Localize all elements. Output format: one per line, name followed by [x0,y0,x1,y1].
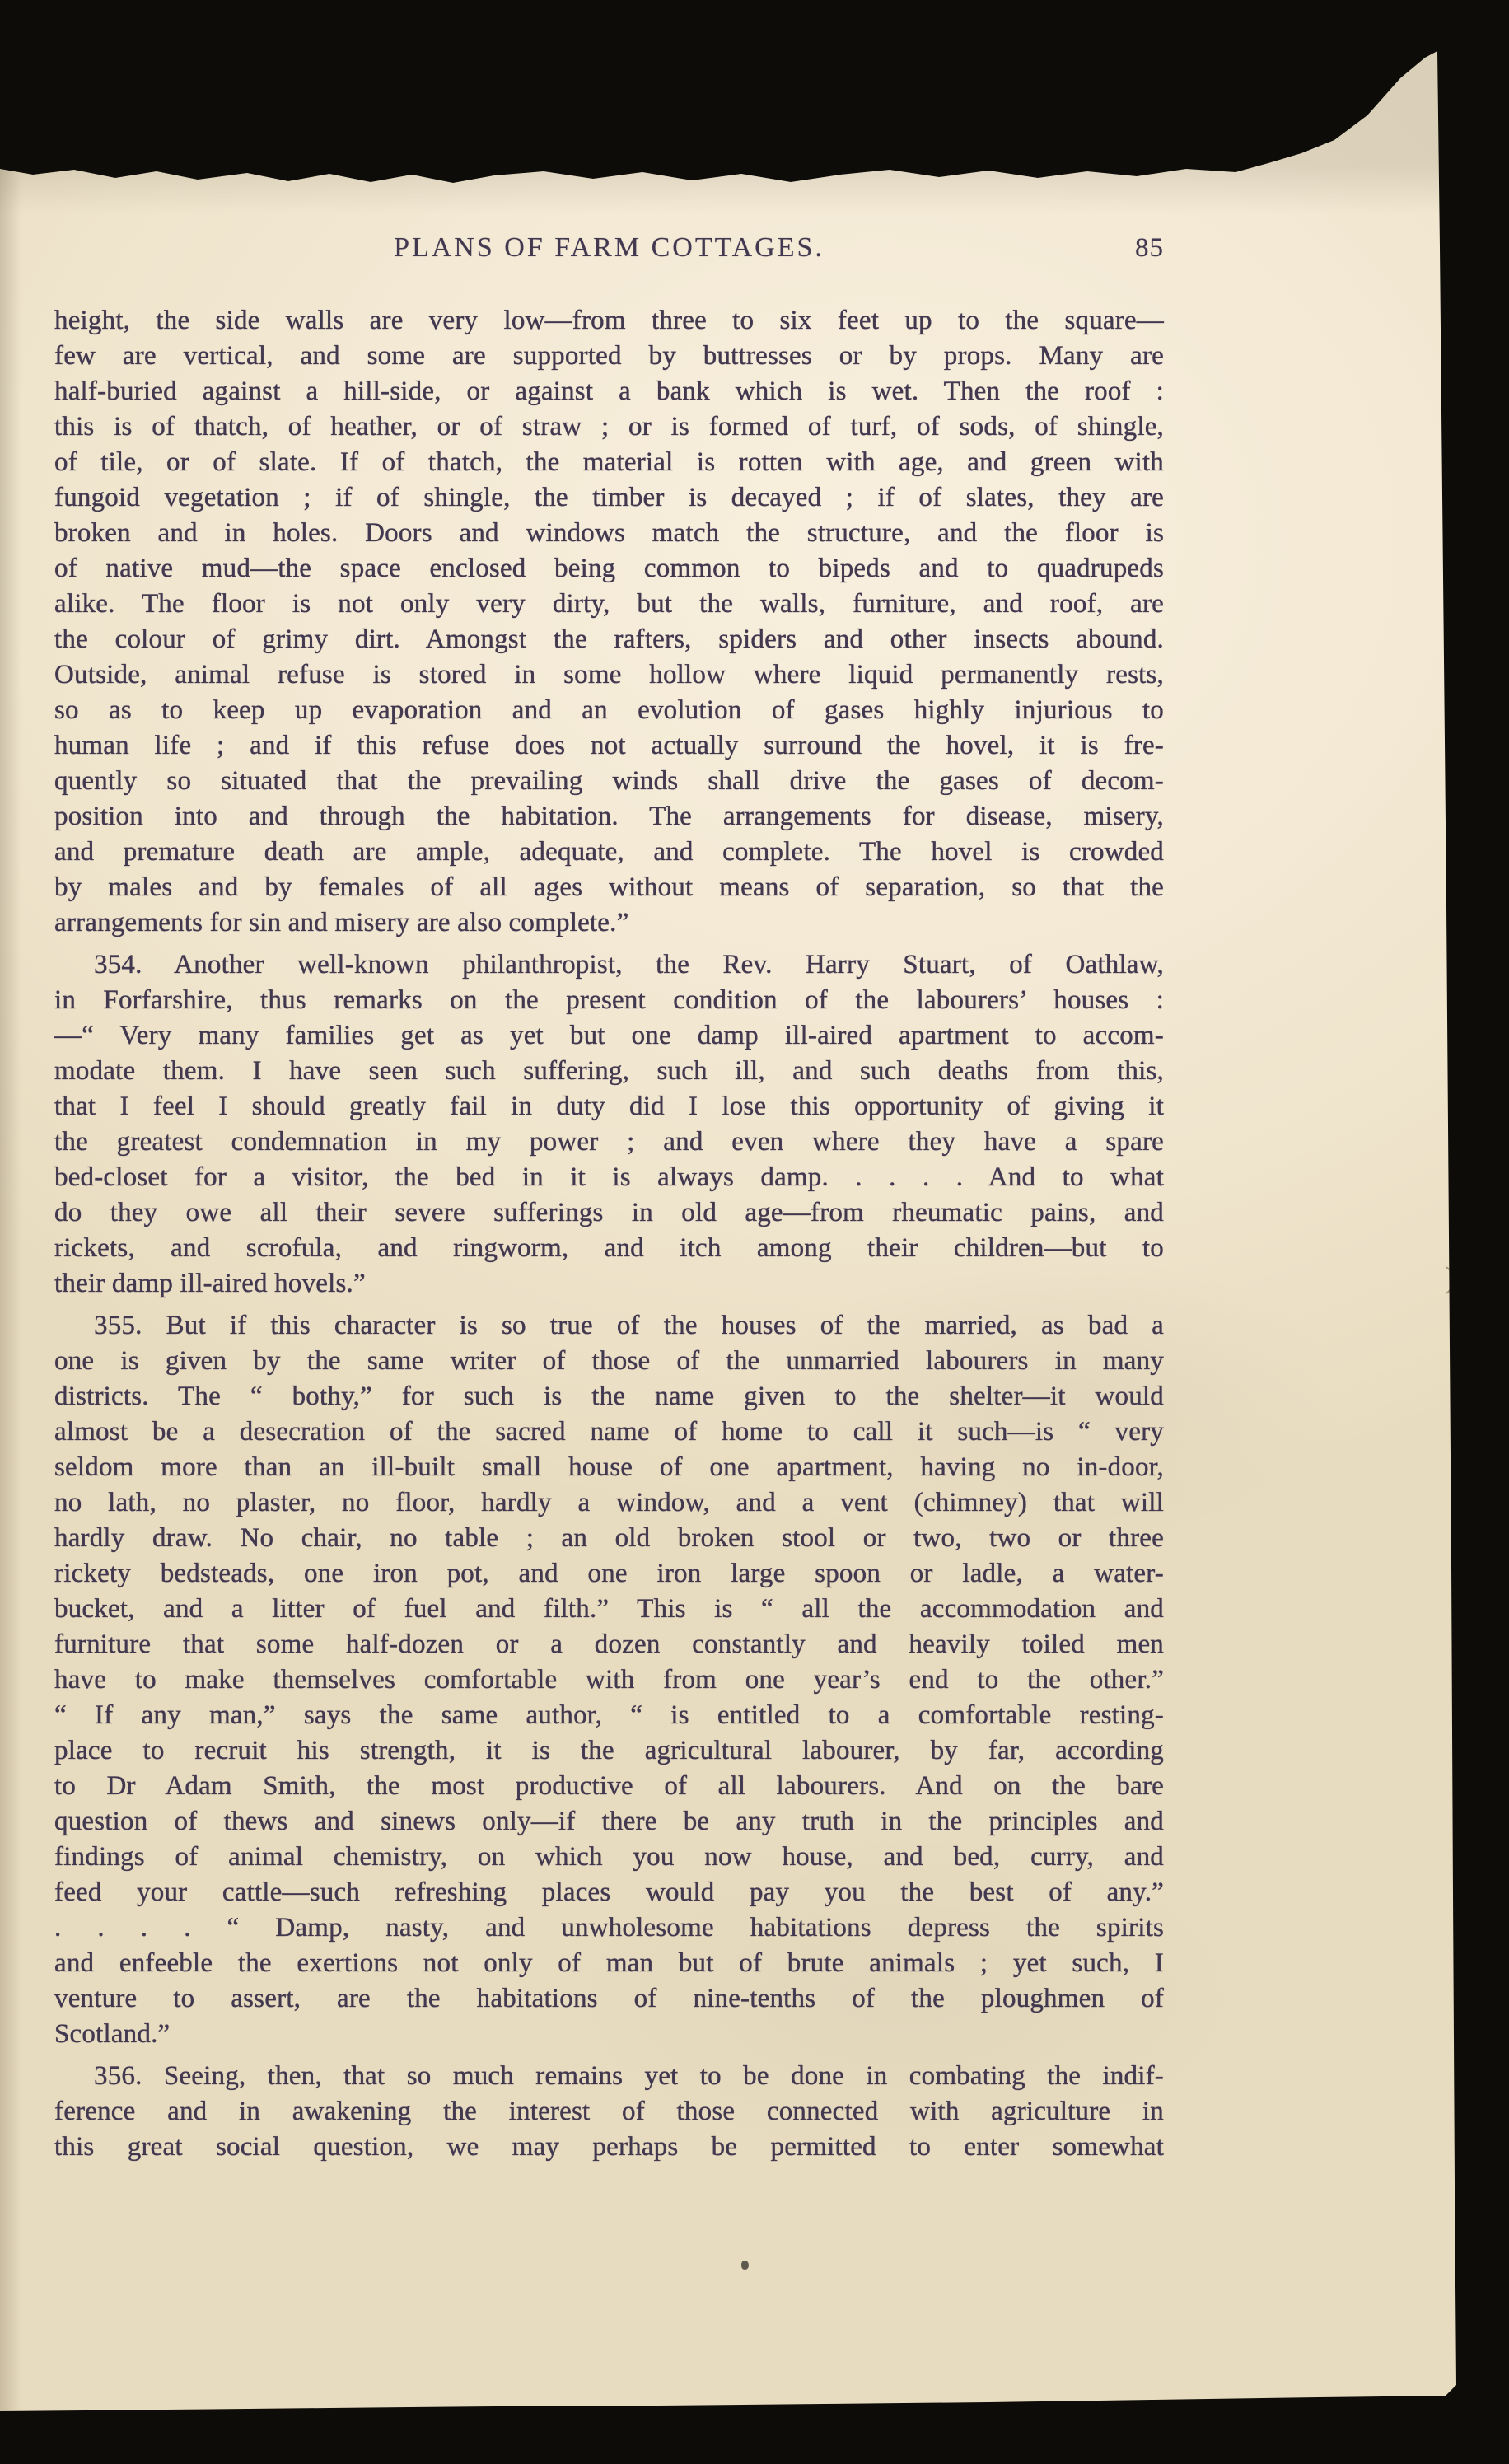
text-line: arrangements for sin and misery are also… [54,905,1164,941]
text-line: quently so situated that the prevailing … [54,764,1164,799]
paragraph: height, the side walls are very low—from… [54,303,1164,941]
text-line: their damp ill-aired hovels.” [54,1266,1164,1302]
text-line: position into and through the habitation… [54,799,1164,835]
text-line: place to recruit his strength, it is the… [54,1733,1164,1769]
text-line: so as to keep up evaporation and an evol… [54,693,1164,728]
text-line: the greatest condemnation in my power ; … [54,1124,1164,1160]
text-line: question of thews and sinews only—if the… [54,1804,1164,1840]
text-line: fungoid vegetation ; if of shingle, the … [54,480,1164,516]
text-line: have to make themselves comfortable with… [54,1662,1164,1698]
text-line: broken and in holes. Doors and windows m… [54,516,1164,551]
text-line: rickets, and scrofula, and ringworm, and… [54,1231,1164,1266]
text-line: modate them. I have seen such suffering,… [54,1054,1164,1089]
text-line: no lath, no plaster, no floor, hardly a … [54,1485,1164,1521]
text-line: “ If any man,” says the same author, “ i… [54,1698,1164,1733]
text-line: alike. The floor is not only very dirty,… [54,587,1164,622]
text-line: Outside, animal refuse is stored in some… [54,657,1164,693]
text-line: height, the side walls are very low—from… [54,303,1164,339]
text-line: half-buried against a hill-side, or agai… [54,374,1164,409]
text-line: . . . . “ Damp, nasty, and unwholesome h… [54,1910,1164,1946]
paragraph: 356. Seeing, then, that so much remains … [54,2059,1164,2165]
text-line: 356. Seeing, then, that so much remains … [54,2059,1164,2094]
text-line: feed your cattle—such refreshing places … [54,1875,1164,1910]
text-line: bed-closet for a visitor, the bed in it … [54,1160,1164,1195]
text-line: districts. The “ bothy,” for such is the… [54,1379,1164,1414]
text-line: bucket, and a litter of fuel and filth.”… [54,1592,1164,1627]
page-title: PLANS OF FARM COTTAGES. [54,232,1164,264]
text-line: findings of animal chemistry, on which y… [54,1840,1164,1875]
text-line: rickety bedsteads, one iron pot, and one… [54,1556,1164,1592]
text-line: that I feel I should greatly fail in dut… [54,1089,1164,1124]
text-line: this is of thatch, of heather, or of str… [54,409,1164,445]
text-line: hardly draw. No chair, no table ; an old… [54,1521,1164,1556]
text-line: and premature death are ample, adequate,… [54,835,1164,870]
text-block: height, the side walls are very low—from… [54,303,1164,2165]
paragraph: 354. Another well-known philanthropist, … [54,947,1164,1302]
text-line: furniture that some half-dozen or a doze… [54,1627,1164,1662]
text-line: of native mud—the space enclosed being c… [54,551,1164,587]
text-line: almost be a desecration of the sacred na… [54,1414,1164,1450]
text-line: and enfeeble the exertions not only of m… [54,1946,1164,1981]
text-line: the colour of grimy dirt. Amongst the ra… [54,622,1164,657]
text-line: 355. But if this character is so true of… [54,1308,1164,1344]
text-line: human life ; and if this refuse does not… [54,728,1164,764]
text-line: of tile, or of slate. If of thatch, the … [54,445,1164,480]
ink-speck [741,2261,749,2270]
page-edge-mark [1437,1266,1453,1294]
text-line: to Dr Adam Smith, the most productive of… [54,1769,1164,1804]
scan-background: PLANS OF FARM COTTAGES. 85 height, the s… [0,0,1509,2464]
text-line: few are vertical, and some are supported… [54,339,1164,374]
paragraph: 355. But if this character is so true of… [54,1308,1164,2052]
text-line: 354. Another well-known philanthropist, … [54,947,1164,983]
text-line: venture to assert, are the habitations o… [54,1981,1164,2017]
text-line: this great social question, we may perha… [54,2130,1164,2165]
text-line: one is given by the same writer of those… [54,1344,1164,1379]
page: PLANS OF FARM COTTAGES. 85 height, the s… [0,0,1509,2464]
text-line: in Forfarshire, thus remarks on the pres… [54,983,1164,1018]
text-line: Scotland.” [54,2017,1164,2052]
page-header: PLANS OF FARM COTTAGES. 85 [54,232,1164,265]
text-line: —“ Very many families get as yet but one… [54,1018,1164,1054]
text-line: by males and by females of all ages with… [54,870,1164,905]
page-number: 85 [1135,233,1164,264]
text-line: ference and in awakening the interest of… [54,2094,1164,2130]
text-line: seldom more than an ill-built small hous… [54,1450,1164,1485]
text-line: do they owe all their severe sufferings … [54,1195,1164,1231]
